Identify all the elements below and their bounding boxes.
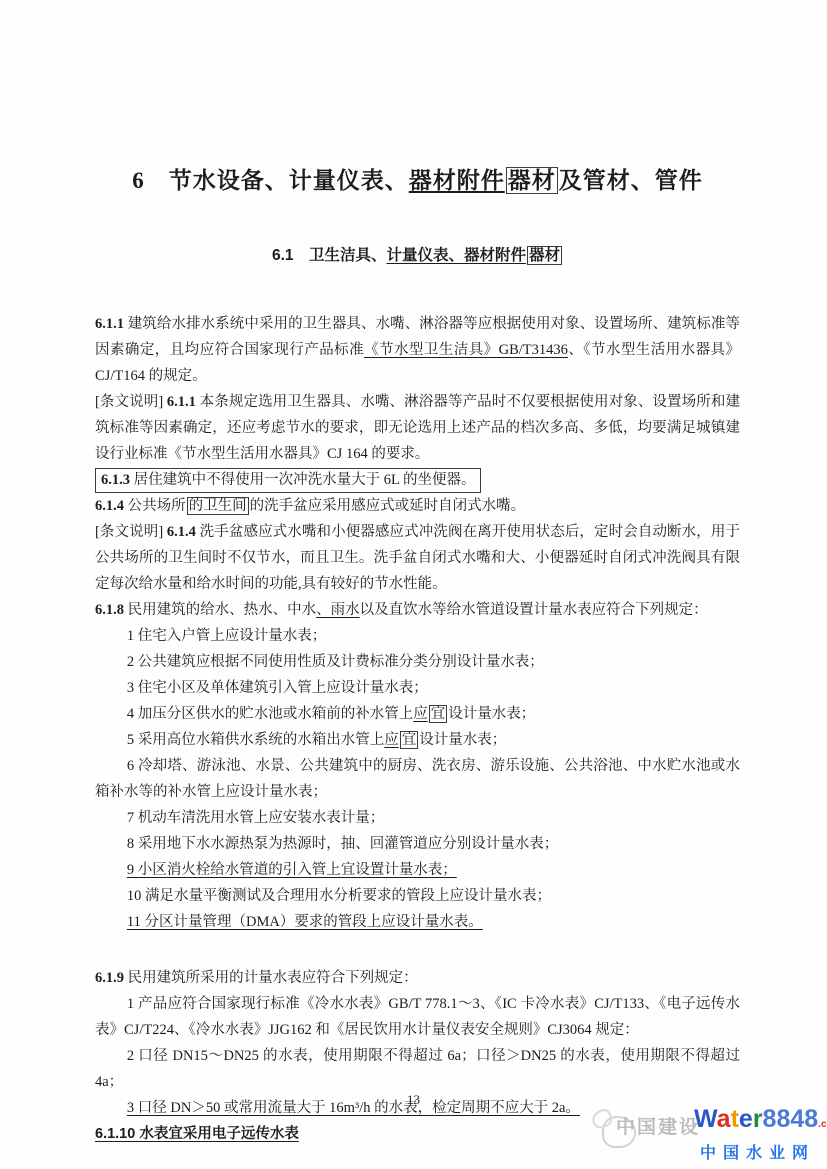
text-run: 设计量水表； — [419, 732, 506, 748]
document-page: 6 节水设备、计量仪表、器材附件器材及管材、管件6.1 卫生洁具、计量仪表、器材… — [0, 0, 827, 1169]
brand-letter: 8 — [804, 1105, 818, 1133]
list-item: 2 公共建筑应根据不同使用性质及计费标准分类分别设计量水表； — [95, 649, 740, 675]
doc-title: 6 节水设备、计量仪表、器材附件器材及管材、管件 — [95, 162, 740, 195]
text-run: 应 — [413, 706, 428, 722]
list-item: 1 住宅入户管上应设计量水表； — [95, 623, 740, 649]
text-run: 公共场所 — [124, 498, 186, 514]
text-run: 5 采用高位水箱供水系统的水箱出水管上 — [127, 732, 384, 748]
text-run: 11 分区计量管理（DMA）要求的管段上应设计量水表。 — [127, 914, 483, 930]
text-run: 器材 — [527, 246, 562, 265]
list-item: 2 口径 DN15～DN25 的水表，使用期限不得超过 6a；口径＞DN25 的… — [95, 1043, 740, 1095]
document-body: 6 节水设备、计量仪表、器材附件器材及管材、管件6.1 卫生洁具、计量仪表、器材… — [95, 162, 740, 1147]
text-run: 器材附件 — [409, 168, 505, 193]
paragraph: 6.1.8 民用建筑的给水、热水、中水、雨水以及直饮水等给水管道设置计量水表应符… — [95, 597, 740, 623]
text-run: 《节水型卫生洁具》GB/T31436 — [364, 342, 568, 358]
list-item: 6 冷却塔、游泳池、水景、公共建筑中的厨房、洗衣房、游乐设施、公共浴池、中水贮水… — [95, 753, 740, 805]
list-item: 11 分区计量管理（DMA）要求的管段上应设计量水表。 — [95, 909, 740, 935]
boxed-paragraph: 6.1.3 居住建筑中不得使用一次冲洗水量大于 6L 的坐便器。 — [95, 467, 740, 493]
text-run: 宜 — [400, 731, 419, 749]
paragraph: 6.1.4 公共场所的卫生间的洗手盆应采用感应式或延时自闭式水嘴。 — [95, 493, 740, 519]
text-run: 及管材、管件 — [559, 168, 703, 193]
text-run: 6 冷却塔、游泳池、水景、公共建筑中的厨房、洗衣房、游乐设施、公共浴池、中水贮水… — [95, 758, 740, 800]
watermark-brand: Water8848.com — [694, 1104, 827, 1140]
text-run: 1 住宅入户管上应设计量水表； — [127, 628, 326, 644]
text-run: 计量仪表、器材附件 — [387, 247, 527, 264]
text-run: 设计量水表； — [448, 706, 535, 722]
text-run: 的卫生间 — [187, 497, 249, 515]
text-run: 9 小区消火栓给水管道的引入管上宜设置计量水表； — [127, 862, 457, 878]
brand-letter: W — [694, 1105, 717, 1133]
brand-letter: 8 — [776, 1105, 790, 1133]
list-item: 1 产品应符合国家现行标准《冷水水表》GB/T 778.1～3、《IC 卡冷水表… — [95, 991, 740, 1043]
text-run: 民用建筑的给水、热水、中水 — [124, 602, 316, 618]
text-run: 7 机动车清洗用水管上应安装水表计量； — [127, 810, 384, 826]
text-run: 的洗手盆应采用感应式或延时自闭式水嘴。 — [250, 498, 526, 514]
text-run: 器材 — [506, 167, 558, 194]
text-run: 应 — [384, 732, 399, 748]
brand-letter: a — [717, 1105, 731, 1133]
text-run: 2 口径 DN15～DN25 的水表，使用期限不得超过 6a；口径＞DN25 的… — [95, 1048, 740, 1090]
spacer — [95, 935, 740, 965]
list-item: 9 小区消火栓给水管道的引入管上宜设置计量水表； — [95, 857, 740, 883]
brand-letter: t — [731, 1105, 739, 1133]
paragraph: 6.1.1 建筑给水排水系统中采用的卫生器具、水嘴、淋浴器等应根据使用对象、设置… — [95, 311, 740, 389]
text-run: 民用建筑所采用的计量水表应符合下列规定： — [124, 970, 418, 986]
brand-letter: 8 — [763, 1105, 777, 1133]
text-run: 10 满足水量平衡测试及合理用水分析要求的管段上应设计量水表； — [127, 888, 551, 904]
text-run: 居住建筑中不得使用一次冲洗水量大于 6L 的坐便器。 — [130, 472, 475, 488]
text-run: 1 产品应符合国家现行标准《冷水水表》GB/T 778.1～3、《IC 卡冷水表… — [95, 996, 740, 1038]
text-run: [条文说明] — [95, 524, 167, 540]
text-run: 4 加压分区供水的贮水池或水箱前的补水管上 — [127, 706, 413, 722]
revision-box: 6.1.3 居住建筑中不得使用一次冲洗水量大于 6L 的坐便器。 — [95, 468, 481, 493]
text-run: 6.1.8 — [95, 602, 124, 618]
text-run: 6.1 卫生洁具、 — [272, 247, 387, 264]
text-run: 、雨水 — [316, 602, 360, 618]
text-run: 6.1.3 — [101, 472, 130, 488]
list-item: 7 机动车清洗用水管上应安装水表计量； — [95, 805, 740, 831]
text-run: 6.1.1 — [167, 394, 196, 410]
watermark-domain-suffix: .com — [818, 1119, 827, 1130]
text-run: 6.1.1 — [95, 316, 124, 332]
text-run: 3 住宅小区及单体建筑引入管上应设计量水表； — [127, 680, 428, 696]
brand-letter: 4 — [790, 1105, 804, 1133]
site-watermark: 中国建设 Water8848.com 中国水业网 — [586, 1100, 827, 1169]
brand-letter: r — [753, 1105, 763, 1133]
watermark-subtitle: 中国水业网 — [700, 1140, 815, 1163]
list-item: 8 采用地下水水源热泵为热源时，抽、回灌管道应分别设计量水表； — [95, 831, 740, 857]
text-run: 6 节水设备、计量仪表、 — [132, 168, 409, 193]
section-heading: 6.1 卫生洁具、计量仪表、器材附件器材 — [95, 243, 740, 265]
text-run: 以及直饮水等给水管道设置计量水表应符合下列规定： — [360, 602, 708, 618]
paragraph: [条文说明] 6.1.4 洗手盆感应式水嘴和小便器感应式冲洗阀在离开使用状态后，… — [95, 519, 740, 597]
watermark-gray-text: 中国建设 — [616, 1112, 700, 1139]
paragraph: [条文说明] 6.1.1 本条规定选用卫生器具、水嘴、淋浴器等产品时不仅要根据使… — [95, 389, 740, 467]
text-run: 2 公共建筑应根据不同使用性质及计费标准分类分别设计量水表； — [127, 654, 544, 670]
text-run: 8 采用地下水水源热泵为热源时，抽、回灌管道应分别设计量水表； — [127, 836, 558, 852]
text-run: 6.1.4 — [167, 524, 196, 540]
text-run: 6.1.4 — [95, 498, 124, 514]
text-run: 6.1.9 — [95, 970, 124, 986]
paragraph: 6.1.9 民用建筑所采用的计量水表应符合下列规定： — [95, 965, 740, 991]
text-run: 6.1.10 水表宜采用电子远传水表 — [95, 1126, 299, 1142]
text-run: 宜 — [429, 705, 448, 723]
text-run: [条文说明] — [95, 394, 167, 410]
list-item: 5 采用高位水箱供水系统的水箱出水管上应宜设计量水表； — [95, 727, 740, 753]
brand-letter: e — [739, 1105, 753, 1133]
list-item: 10 满足水量平衡测试及合理用水分析要求的管段上应设计量水表； — [95, 883, 740, 909]
list-item: 4 加压分区供水的贮水池或水箱前的补水管上应宜设计量水表； — [95, 701, 740, 727]
list-item: 3 住宅小区及单体建筑引入管上应设计量水表； — [95, 675, 740, 701]
